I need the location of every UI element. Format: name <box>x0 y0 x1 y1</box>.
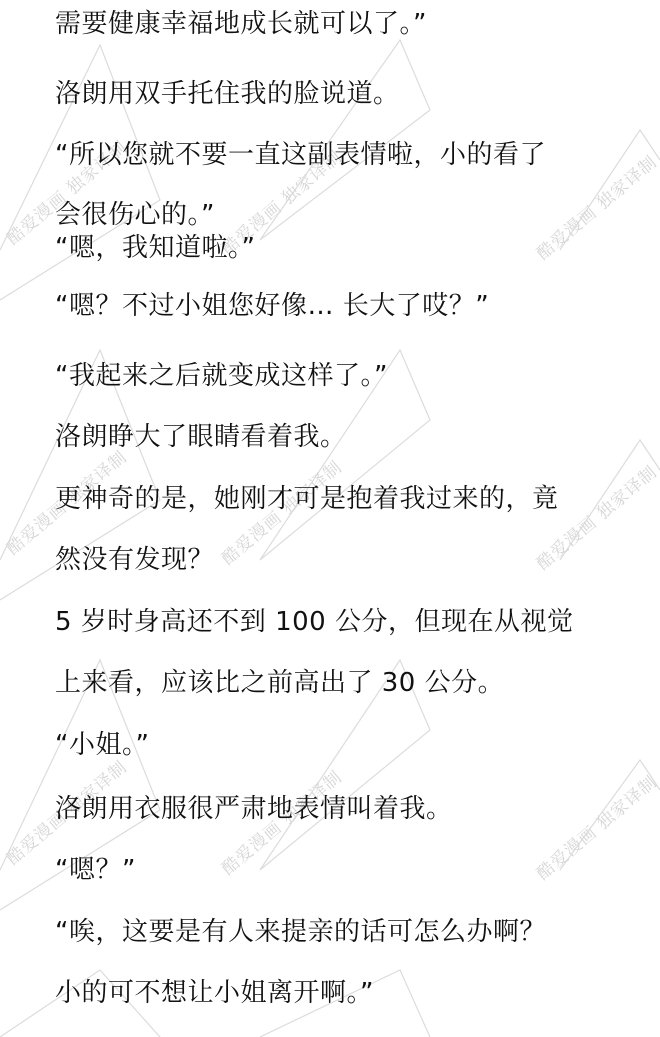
text-line: 会很伤心的。” <box>55 200 215 230</box>
text-line: 更神奇的是，她刚才可是抱着我过来的，竟 <box>55 484 559 514</box>
text-line: 洛朗睁大了眼睛看着我。 <box>55 422 347 452</box>
text-line: “小姐。” <box>55 730 149 760</box>
text-line: “所以您就不要一直这副表情啦，小的看了 <box>55 140 546 170</box>
text-line: 需要健康幸福地成长就可以了。” <box>55 9 427 39</box>
text-line: 5 岁时身高还不到 100 公分，但现在从视觉 <box>55 607 573 637</box>
watermark-text: 酷爱漫画 独家译制 <box>530 458 660 574</box>
text-line: 小的可不想让小姐离开啊。” <box>55 978 374 1008</box>
text-line: “嗯？” <box>55 855 136 885</box>
watermark-text: 酷爱漫画 独家译制 <box>530 148 660 264</box>
text-line: “嗯？不过小姐您好像… 长大了哎？” <box>55 291 489 321</box>
text-line: “我起来之后就变成这样了。” <box>55 361 388 391</box>
text-line: “嗯，我知道啦。” <box>55 233 255 263</box>
text-line: 然没有发现？ <box>55 545 214 575</box>
text-line: 上来看，应该比之前高出了 30 公分。 <box>55 668 504 698</box>
watermark-text: 酷爱漫画 独家译制 <box>530 768 660 884</box>
text-line: “唉，这要是有人来提亲的话可怎么办啊？ <box>55 917 546 947</box>
text-line: 洛朗用双手托住我的脸说道。 <box>55 79 400 109</box>
text-line: 洛朗用衣服很严肃地表情叫着我。 <box>55 794 453 824</box>
document-page: 酷爱漫画 独家译制 酷爱漫画 独家译制 酷爱漫画 独家译制 酷爱漫画 独家译制 … <box>0 0 660 1037</box>
